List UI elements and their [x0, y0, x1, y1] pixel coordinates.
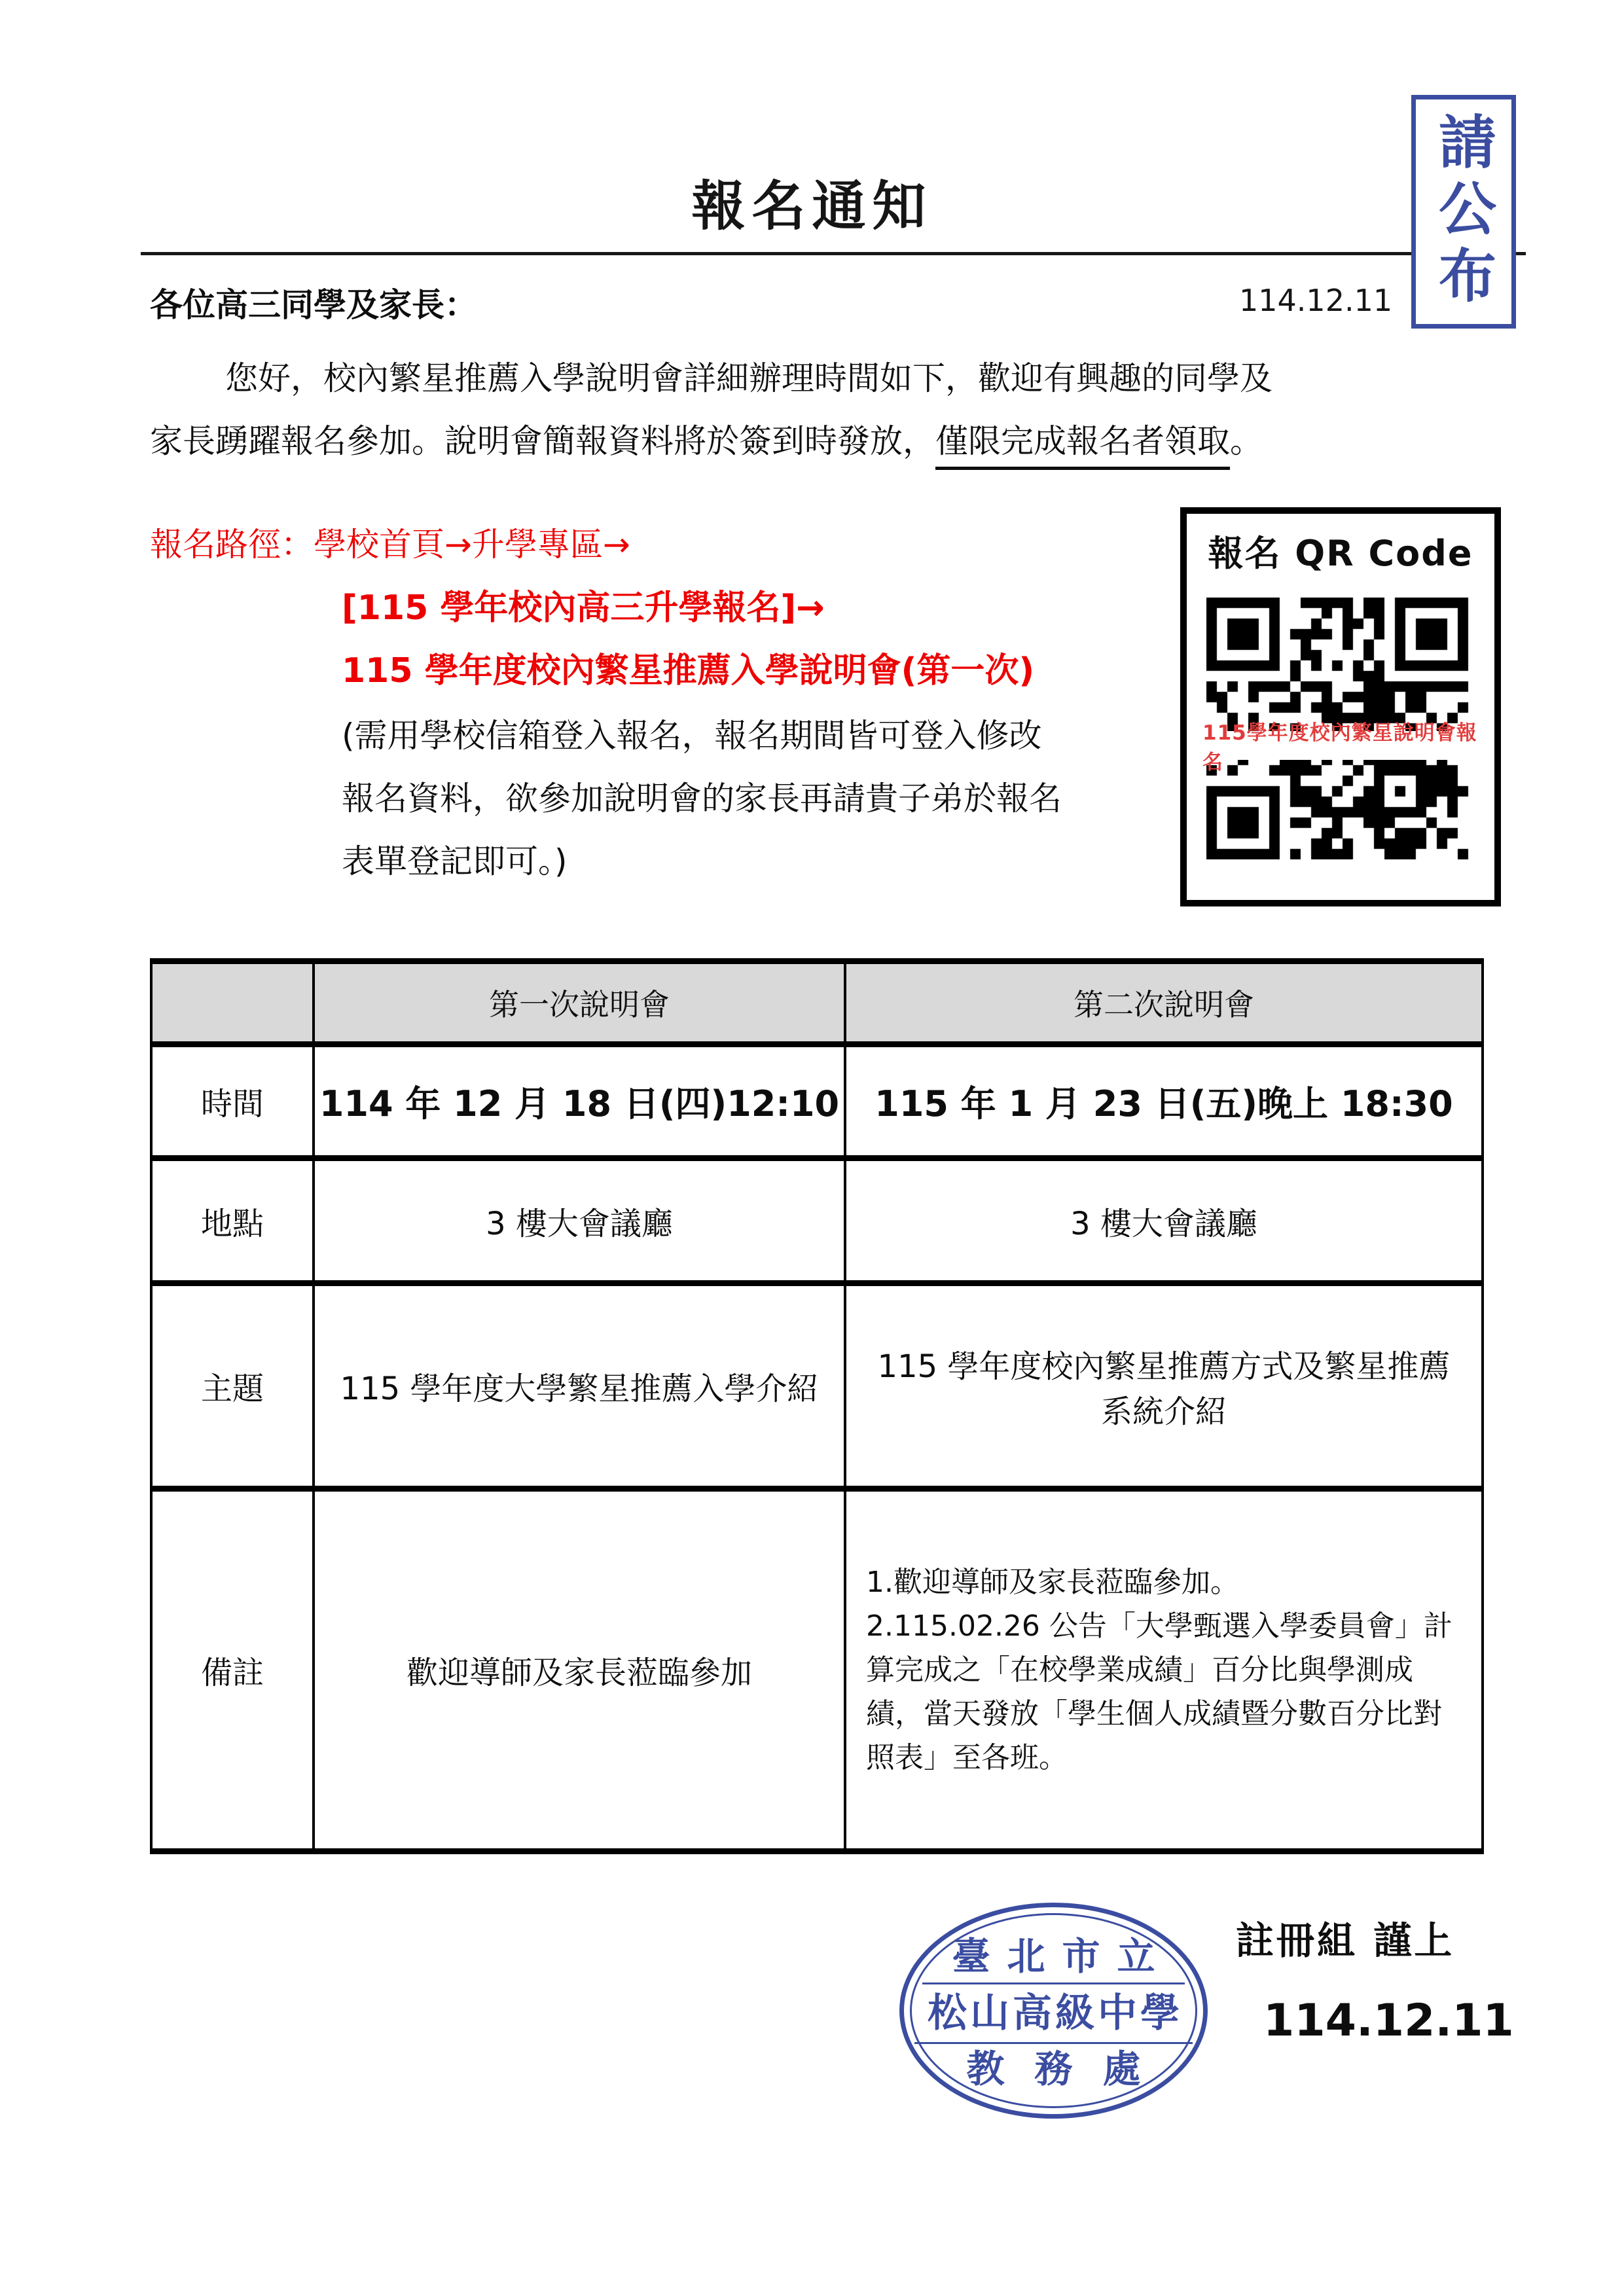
- signup-path-line3: 115 學年度校內繁星推薦入學說明會(第一次): [342, 643, 1034, 692]
- notice-document-page: 報名通知 請公布 各位高三同學及家長： 114.12.11 您好，校內繁星推薦入…: [0, 0, 1624, 2296]
- intro-line2-post: 。: [1230, 422, 1263, 460]
- topic-session1: 115 學年度大學繁星推薦入學介紹: [314, 1283, 845, 1489]
- intro-line2-pre: 家長踴躍報名參加。說明會簡報資料將於簽到時發放，: [150, 422, 935, 460]
- table-row-place: 地點 3 樓大會議廳 3 樓大會議廳: [151, 1158, 1483, 1283]
- footer-date: 114.12.11: [1263, 1995, 1514, 2047]
- table-row-remark: 備註 歡迎導師及家長蒞臨參加 1.歡迎導師及家長蒞臨參加。 2.115.02.2…: [151, 1489, 1483, 1852]
- signup-path-line1: 報名路徑：學校首頁→升學專區→: [150, 518, 630, 565]
- salutation-line: 各位高三同學及家長：: [150, 279, 477, 326]
- qr-panel-title: 報名 QR Code: [1187, 526, 1494, 576]
- topic-session2: 115 學年度校內繁星推薦方式及繁星推薦系統介紹: [845, 1283, 1483, 1489]
- publish-approval-stamp: 請公布: [1411, 95, 1516, 329]
- table-row-time: 時間 114 年 12 月 18 日(四)12:10 115 年 1 月 23 …: [151, 1045, 1483, 1158]
- row-label-time: 時間: [151, 1045, 314, 1158]
- remark-session1: 歡迎導師及家長蒞臨參加: [314, 1489, 845, 1852]
- intro-paragraph-line2: 家長踴躍報名參加。說明會簡報資料將於簽到時發放，僅限完成報名者領取。: [150, 415, 1263, 462]
- signoff-line: 註冊組 謹上: [1236, 1910, 1454, 1965]
- stamp-line-city: 臺北市立: [904, 1937, 1203, 1975]
- table-header-session1: 第一次說明會: [314, 961, 845, 1045]
- remark-session2: 1.歡迎導師及家長蒞臨參加。 2.115.02.26 公告「大學甄選入學委員會」…: [845, 1489, 1483, 1852]
- sessions-table: 第一次說明會 第二次說明會 時間 114 年 12 月 18 日(四)12:10…: [150, 958, 1484, 1854]
- remark-note-1: 1.歡迎導師及家長蒞臨參加。: [866, 1560, 1464, 1604]
- remark-note-2: 2.115.02.26 公告「大學甄選入學委員會」計算完成之「在校學業成績」百分…: [866, 1604, 1464, 1780]
- table-corner-cell: [151, 961, 314, 1045]
- qr-caption-text: 115學年度校內繁星說明會報名: [1202, 716, 1479, 775]
- row-label-place: 地點: [151, 1158, 314, 1283]
- publish-stamp-text: 請公布: [1435, 112, 1492, 312]
- stamp-separator-2: [914, 2042, 1193, 2044]
- signup-note-line2: 報名資料，欲參加說明會的家長再請貴子弟於報名: [342, 772, 1062, 819]
- stamp-line-office: 教務處: [904, 2050, 1203, 2088]
- table-row-topic: 主題 115 學年度大學繁星推薦入學介紹 115 學年度校內繁星推薦方式及繁星推…: [151, 1283, 1483, 1489]
- qr-caption-band: 115學年度校內繁星說明會報名: [1202, 731, 1479, 760]
- stamp-separator-1: [922, 1982, 1185, 1984]
- qr-code-panel: 報名 QR Code 115學年度校內繁星說明會報名: [1180, 507, 1501, 906]
- time-session2: 115 年 1 月 23 日(五)晚上 18:30: [845, 1045, 1483, 1158]
- stamp-line-school: 松山高級中學: [904, 1994, 1203, 2033]
- signup-path-line2: [115 學年校內高三升學報名]→: [342, 580, 825, 629]
- row-label-remark: 備註: [151, 1489, 314, 1852]
- time-session1: 114 年 12 月 18 日(四)12:10: [314, 1045, 845, 1158]
- page-title: 報名通知: [0, 164, 1624, 240]
- intro-line2-underlined: 僅限完成報名者領取: [935, 422, 1230, 470]
- place-session1: 3 樓大會議廳: [314, 1158, 845, 1283]
- place-session2: 3 樓大會議廳: [845, 1158, 1483, 1283]
- table-header-session2: 第二次說明會: [845, 961, 1483, 1045]
- header-date: 114.12.11: [1239, 283, 1392, 318]
- signup-note-line1: (需用學校信箱登入報名，報名期間皆可登入修改: [342, 709, 1042, 757]
- table-header-row: 第一次說明會 第二次說明會: [151, 961, 1483, 1045]
- title-divider-rule: [141, 252, 1526, 255]
- row-label-topic: 主題: [151, 1283, 314, 1489]
- signup-note-line3: 表單登記即可。): [342, 835, 568, 882]
- intro-paragraph-line1: 您好，校內繁星推薦入學說明會詳細辦理時間如下，歡迎有興趣的同學及: [225, 352, 1272, 399]
- school-office-stamp: 臺北市立 松山高級中學 教務處: [899, 1903, 1208, 2119]
